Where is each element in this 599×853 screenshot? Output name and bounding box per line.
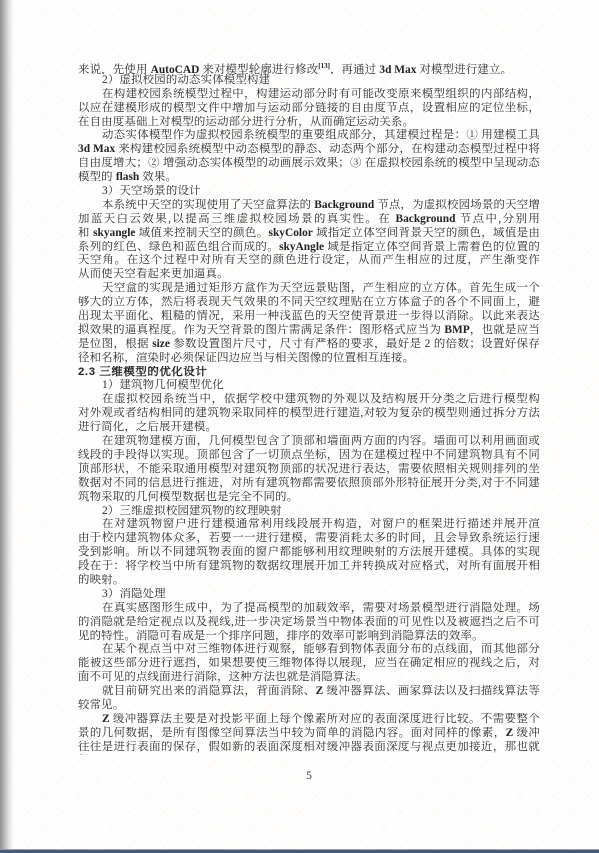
text-segment: 域值来控制天空的颜色。: [135, 227, 268, 239]
text-line: 在对建筑物窗户进行建模通常利用线段展开构造，对窗户的框架进行描述并展开渲染。: [78, 518, 540, 532]
text-line: 在虚拟校园系统当中，依据学校中建筑物的外观以及结构展开分类之后进行模型构建，: [78, 393, 540, 407]
text-line: 加蓝天白云效果,以提高三维虚拟校园场景的真实性。在 Background 节点中…: [78, 213, 540, 227]
text-segment: 动态实体模型作为虚拟校园系统模型的重要组成部分，其建模过程是：① 用建模工具: [102, 129, 540, 141]
text-segment: 面不可见的点线面进行消除，这种方法也就是消隐算法。: [78, 671, 368, 683]
text-segment: 天空盒的实现是通过矩形方盒作为天空远景贴图，产生相应的立方体。首先生成一个足: [102, 282, 540, 296]
text-line: 模型的 flash 效果。: [78, 171, 540, 185]
page-number: 5: [306, 770, 312, 782]
text-line: 够大的立方体，然后将表现天气效果的不同天空纹理贴在立方体盒子的各个不同面上，避免: [78, 296, 540, 310]
text-line: 的消隐就是给定视点以及视线,进一步决定场景当中物体表面的可见性以及被遮挡之后不可: [78, 616, 540, 630]
text-segment: 效果。: [139, 171, 177, 183]
latin-term: 3d Max: [379, 64, 416, 74]
text-line: 线段的手段得以实现。顶部包含了一切顶点坐标，因为在建模过程中不同建筑物具有不同的: [78, 449, 540, 463]
scan-edge-left: [0, 0, 14, 853]
text-segment: 在构建校园系统模型过程中，构建运动部分时有可能改变原来模型组织的内部结构，所: [102, 88, 540, 102]
text-segment: 节点中,分别用: [455, 213, 540, 225]
text-segment: 2）虚拟校园的动态实体模型构建: [102, 74, 270, 86]
text-segment: 是位图，根据: [78, 338, 152, 350]
text-segment: 线段的手段得以实现。顶部包含了一切顶点坐标，因为在建模过程中不同建筑物具有不同的: [78, 449, 540, 463]
text-segment: 就目前研究出来的消隐算法，背面消除、: [102, 685, 316, 697]
text-segment: 3）消隐处理: [102, 588, 166, 600]
text-line: 自由度增大；② 增强动态实体模型的动画展示效果；③ 在虚拟校园系统的模型中呈现动…: [78, 157, 540, 171]
text-line: 天空盒的实现是通过矩形方盒作为天空远景贴图，产生相应的立方体。首先生成一个足: [78, 282, 540, 296]
document-page: 来说，先使用 AutoCAD 来对模型轮廓进行修改[13]，再通过 3d Max…: [0, 0, 599, 853]
text-segment: 和: [78, 227, 93, 239]
text-line: 出现太平面化、粗糙的情况，采用一种浅蓝色的天空使背景进一步得以消除。以此来表达模: [78, 310, 540, 324]
text-segment: 景的几何数据，是所有图像空间算法当中较为简单的消隐内容。面对同样的像素，: [78, 727, 506, 739]
text-segment: 够大的立方体，然后将表现天气效果的不同天空纹理贴在立方体盒子的各个不同面上，避免: [78, 296, 540, 310]
text-segment: 以应在建模形成的模型文件中增加与运动部分链接的自由度节点，设置相应的定位坐标，并: [78, 102, 540, 116]
text-line: 和 skyangle 域值来控制天空的颜色。skyColor 域指定立体空间背景…: [78, 227, 540, 241]
text-segment: 对模型进行建立。: [416, 64, 512, 74]
text-segment: 来说，先使用: [78, 64, 151, 74]
text-line: 景的几何数据，是所有图像空间算法当中较为简单的消隐内容。面对同样的像素，Z 缓冲…: [78, 727, 540, 741]
text-segment: 的映射。: [78, 574, 124, 586]
text-line: 本系统中天空的实现使用了天空盒算法的 Background 节点，为虚拟校园场景…: [78, 199, 540, 213]
text-segment: 2.3 三维模型的优化设计: [78, 366, 207, 378]
text-line: 在自由度基础上对模型的运动部分进行分析，从而确定运动关系。: [78, 116, 540, 130]
text-segment: 段在于：将学校当中所有建筑物的数据纹理展开加工并转换成对应格式，对所有面展开相应: [78, 560, 540, 574]
text-segment: 3）天空场景的设计: [102, 185, 201, 197]
text-segment: 天空角。在这个过程中对所有天空的颜色进行设定，从而产生相应的过度，产生渐变作用，: [78, 254, 540, 268]
text-segment: 出现太平面化、粗糙的情况，采用一种浅蓝色的天空使背景进一步得以消除。以此来表达模: [78, 310, 540, 324]
text-line: 动态实体模型作为虚拟校园系统模型的重要组成部分，其建模过程是：① 用建模工具: [78, 129, 540, 143]
text-segment: 从而使天空看起来更加逼真。: [78, 268, 229, 280]
text-segment: 对外观或者结构相同的建筑物采取同样的模型进行建造,对较为复杂的模型则通过拆分方法: [78, 407, 540, 419]
text-line: 往往是进行表面的保存，假如新的表面深度相对缓冲器表面深度与视点更加接近，那也就保: [78, 741, 540, 755]
text-segment: ，再通过: [330, 64, 379, 74]
citation-superscript: [13]: [318, 62, 330, 70]
text-segment: 顶部形状，不能采取通用模型对建筑物顶部的状况进行表达，需要依照相关规则排列的坐标: [78, 463, 540, 477]
text-line: 见的特性。消隐可看成是一个排序问题，排序的效率可影响到消隐算法的效率。: [78, 630, 540, 644]
text-segment: 1）建筑物几何模型优化: [102, 379, 224, 391]
text-segment: 在建筑物建模方面，几何模型包含了顶部和墙面两方面的内容。墙面可以利用画面或者: [102, 435, 540, 449]
text-segment: 缓冲器算法主要是对投影平面上每个像素所对应的表面深度进行比较。不需要整个场: [102, 713, 540, 727]
text-segment: 本系统中天空的实现使用了天空盒算法的: [102, 199, 314, 211]
text-segment: 能被这些部分进行遮挡，如果想要使三维物体得以展现，应当在确定相应的视线之后，对表: [78, 657, 540, 671]
text-line: 2）三维虚拟校园建筑物的纹理映射: [78, 505, 540, 519]
text-line: 面不可见的点线面进行消除，这种方法也就是消隐算法。: [78, 671, 540, 685]
text-line: 对外观或者结构相同的建筑物采取同样的模型进行建造,对较为复杂的模型则通过拆分方法: [78, 407, 540, 421]
text-segment: 来构建校园系统模型中动态模型的静态、动态两个部分，在构建动态模型过程中将: [115, 143, 540, 155]
latin-term: size: [152, 338, 170, 350]
text-segment: 在自由度基础上对模型的运动部分进行分析，从而确定运动关系。: [78, 116, 414, 128]
text-line: 由于校内建筑物体众多，若要一一进行建模，需要消耗太多的时间，且会导致系统运行速度: [78, 532, 540, 546]
latin-term: BMP: [444, 324, 469, 336]
text-segment: 在某个视点当中对三维物体进行观察，能够看到物体表面分布的点线面，而其他部分可: [102, 643, 540, 657]
latin-term: AutoCAD: [151, 64, 200, 74]
text-line: 以应在建模形成的模型文件中增加与运动部分链接的自由度节点，设置相应的定位坐标，并: [78, 102, 540, 116]
latin-term: Background: [314, 199, 374, 211]
latin-term: skyangle: [93, 227, 135, 239]
text-line: 来说，先使用 AutoCAD 来对模型轮廓进行修改[13]，再通过 3d Max…: [78, 60, 540, 74]
text-line: 3）天空场景的设计: [78, 185, 540, 199]
text-segment: 进行简化，之后展开建模。: [78, 421, 217, 433]
latin-term: skyAngle: [279, 241, 324, 253]
text-line: 拟效果的逼真程度。作为天空背景的图片需满足条件：图形格式应当为 BMP，也就是应…: [78, 324, 540, 338]
text-line: 在某个视点当中对三维物体进行观察，能够看到物体表面分布的点线面，而其他部分可: [78, 643, 540, 657]
latin-term: flash: [116, 171, 139, 183]
text-segment: 在真实感图形生成中，为了提高模型的加载效率，需要对场景模型进行消隐处理。场景: [102, 602, 540, 616]
text-line: 数据对不同的信息进行推进，对所有建筑物都需要依照顶部外形特征展开分类,对于不同建: [78, 477, 540, 491]
text-segment: 来对模型轮廓进行修改: [199, 64, 318, 74]
text-segment: 在虚拟校园系统当中，依据学校中建筑物的外观以及结构展开分类之后进行模型构建，: [102, 393, 540, 407]
text-segment: 由于校内建筑物体众多，若要一一进行建模，需要消耗太多的时间，且会导致系统运行速度: [78, 532, 540, 546]
text-line: 天空角。在这个过程中对所有天空的颜色进行设定，从而产生相应的过度，产生渐变作用，: [78, 254, 540, 268]
text-segment: 加蓝天白云效果,以提高三维虚拟校园场景的真实性。在: [78, 213, 395, 225]
text-line: 段在于：将学校当中所有建筑物的数据纹理展开加工并转换成对应格式，对所有面展开相应: [78, 560, 540, 574]
text-segment: 域是指定立体空间背景上需着色的位置的: [324, 241, 540, 253]
text-line: 进行简化，之后展开建模。: [78, 421, 540, 435]
text-line: 能被这些部分进行遮挡，如果想要使三维物体得以展现，应当在确定相应的视线之后，对表: [78, 657, 540, 671]
text-segment: 系列的红色、绿色和蓝色组合而成的。: [78, 241, 279, 253]
text-line: 3）消隐处理: [78, 588, 540, 602]
text-segment: 自由度增大；② 增强动态实体模型的动画展示效果；③ 在虚拟校园系统的模型中呈现动…: [78, 157, 540, 169]
scan-edge-bottom: [0, 849, 599, 853]
text-line: 在构建校园系统模型过程中，构建运动部分时有可能改变原来模型组织的内部结构，所: [78, 88, 540, 102]
text-line: 的映射。: [78, 574, 540, 588]
text-line: Z 缓冲器算法主要是对投影平面上每个像素所对应的表面深度进行比较。不需要整个场: [78, 713, 540, 727]
text-line: 是位图，根据 size 参数设置图片尺寸，尺寸有严格的要求，最好是 2 的倍数；…: [78, 338, 540, 352]
latin-term: skyColor: [269, 227, 313, 239]
text-segment: 2）三维虚拟校园建筑物的纹理映射: [102, 505, 282, 517]
section-heading: 2.3 三维模型的优化设计: [78, 366, 540, 380]
text-line: 在真实感图形生成中，为了提高模型的加载效率，需要对场景模型进行消隐处理。场景: [78, 602, 540, 616]
text-line: 较常见。: [78, 699, 540, 713]
text-segment: 节点，为虚拟校园场景的天空增: [374, 199, 540, 211]
text-segment: 筑物采取的几何模型数据也是完全不同的。: [78, 491, 298, 503]
text-line: 系列的红色、绿色和蓝色组合而成的。skyAngle 域是指定立体空间背景上需着色…: [78, 241, 540, 255]
text-segment: 拟效果的逼真程度。作为天空背景的图片需满足条件：图形格式应当为: [78, 324, 444, 336]
latin-term: Z: [102, 713, 110, 725]
latin-term: 3d Max: [78, 143, 115, 155]
text-segment: 在对建筑物窗户进行建模通常利用线段展开构造，对窗户的框架进行描述并展开渲染。: [102, 518, 540, 532]
text-line: 2）虚拟校园的动态实体模型构建: [78, 74, 540, 88]
text-segment: 受到影响。所以不同建筑物表面的窗户都能够利用纹理映射的方法展开建模。具体的实现手: [78, 546, 540, 560]
text-segment: 的消隐就是给定视点以及视线,进一步决定场景当中物体表面的可见性以及被遮挡之后不可: [78, 616, 540, 628]
text-line: 从而使天空看起来更加逼真。: [78, 268, 540, 282]
text-block: 来说，先使用 AutoCAD 来对模型轮廓进行修改[13]，再通过 3d Max…: [78, 60, 540, 755]
text-line: 在建筑物建模方面，几何模型包含了顶部和墙面两方面的内容。墙面可以利用画面或者: [78, 435, 540, 449]
text-segment: 径和名称，渲染时必须保证四边应当与相关图像的位置相互连接。: [78, 352, 414, 364]
text-line: 筑物采取的几何模型数据也是完全不同的。: [78, 491, 540, 505]
latin-term: Background: [395, 213, 455, 225]
text-line: 1）建筑物几何模型优化: [78, 379, 540, 393]
text-line: 径和名称，渲染时必须保证四边应当与相关图像的位置相互连接。: [78, 352, 540, 366]
text-line: 3d Max 来构建校园系统模型中动态模型的静态、动态两个部分，在构建动态模型过…: [78, 143, 540, 157]
text-line: 就目前研究出来的消隐算法，背面消除、Z 缓冲器算法、画家算法以及扫描线算法等比: [78, 685, 540, 699]
text-segment: 模型的: [78, 171, 116, 183]
text-segment: 见的特性。消隐可看成是一个排序问题，排序的效率可影响到消隐算法的效率。: [78, 630, 484, 642]
text-segment: 往往是进行表面的保存，假如新的表面深度相对缓冲器表面深度与视点更加接近，那也就保: [78, 741, 540, 755]
text-segment: 较常见。: [78, 699, 124, 711]
text-line: 受到影响。所以不同建筑物表面的窗户都能够利用纹理映射的方法展开建模。具体的实现手: [78, 546, 540, 560]
text-line: 顶部形状，不能采取通用模型对建筑物顶部的状况进行表达，需要依照相关规则排列的坐标: [78, 463, 540, 477]
text-segment: ，也就是应当: [470, 324, 540, 336]
text-segment: 数据对不同的信息进行推进，对所有建筑物都需要依照顶部外形特征展开分类,对于不同建: [78, 477, 540, 489]
page-footer: 5: [78, 770, 540, 782]
